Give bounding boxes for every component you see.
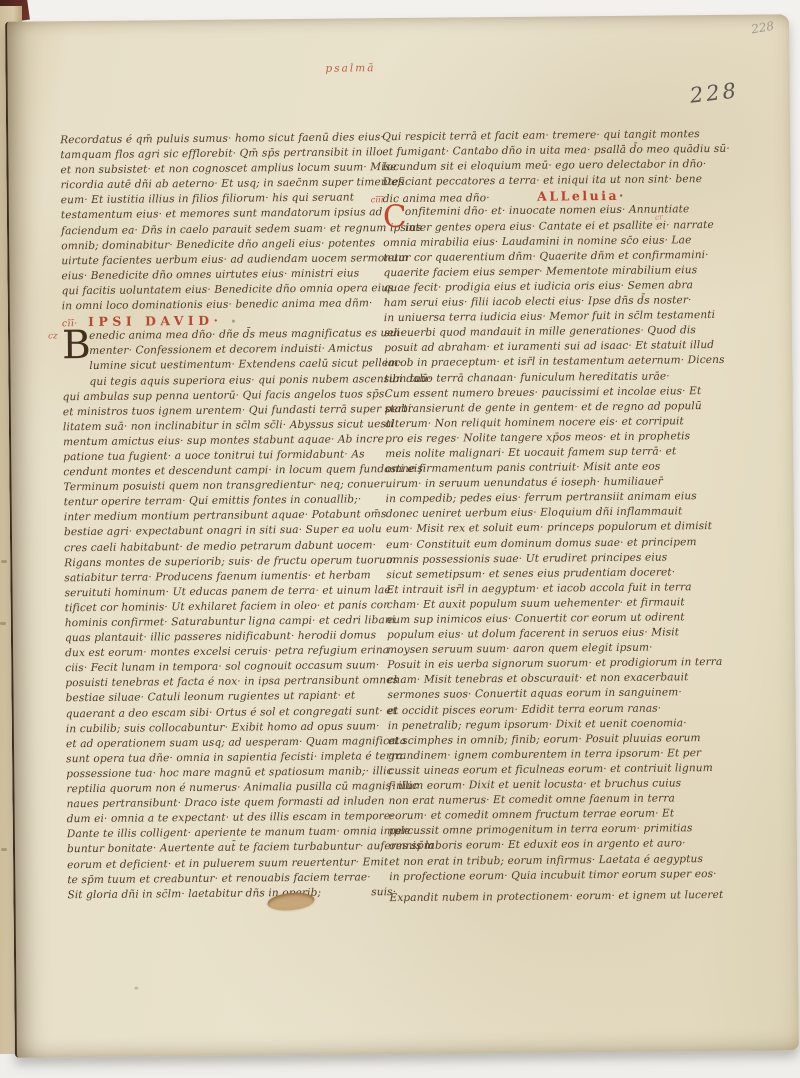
final-line: Expandit nubem in protectionem· eorum· e… bbox=[389, 888, 699, 906]
running-title: psalmā bbox=[325, 62, 375, 74]
page-edge-mark bbox=[1, 560, 7, 563]
psalm-103-end-lines: Qui respicit terrā et facit eam· tremere… bbox=[382, 127, 693, 190]
alleluia-rubric-line: cīīī dic anima mea dño· ALLeluia· bbox=[383, 188, 693, 206]
ink-speck bbox=[134, 987, 138, 990]
initial-letter-C: C bbox=[383, 205, 405, 235]
folio-number-faint: 228 bbox=[750, 19, 775, 37]
ink-speck bbox=[232, 320, 235, 323]
folio-number: 228 bbox=[689, 78, 741, 107]
psalm-104-body: C onfitemini dño· et· inuocate nomen eiu… bbox=[383, 203, 700, 906]
last-line-with-hole-gap: Sit gloria dñi in sc̄lm· laetabitur dñs … bbox=[67, 885, 377, 903]
manuscript-text-line: in profectione eorum· Quia incubuit timo… bbox=[389, 867, 699, 885]
text-column-left: Recordatus é qm̄ puluis sumus· homo sicu… bbox=[60, 130, 377, 903]
margin-mark: cz bbox=[48, 329, 58, 344]
psalm-title-rubric: IPSI DAVID· bbox=[88, 313, 222, 329]
psalm-102-end-lines: Recordatus é qm̄ puluis sumus· homo sicu… bbox=[60, 130, 372, 314]
manuscript-photo: psalmā 228 228 Recordatus é qm̄ puluis s… bbox=[0, 0, 800, 1078]
alleluia-rubric: ALLeluia· bbox=[537, 188, 626, 204]
page-edge-mark bbox=[1, 848, 7, 851]
psalm-number-margin: cīīī bbox=[371, 193, 384, 208]
psalm-number-margin: cīī· bbox=[62, 319, 78, 329]
margin-annotation: cr bbox=[654, 209, 664, 225]
psalm-103-body: B enedic anima mea dño· dñe d̄s meus mag… bbox=[62, 326, 377, 903]
page-edge-mark bbox=[0, 622, 6, 625]
manuscript-page: psalmā 228 228 Recordatus é qm̄ puluis s… bbox=[5, 14, 799, 1057]
text-column-right: Qui respicit terrā et facit eam· tremere… bbox=[382, 127, 699, 906]
manuscript-text-line: in omni loco dominationis eius· benedic … bbox=[62, 296, 372, 314]
initial-letter-B: B bbox=[62, 329, 89, 375]
